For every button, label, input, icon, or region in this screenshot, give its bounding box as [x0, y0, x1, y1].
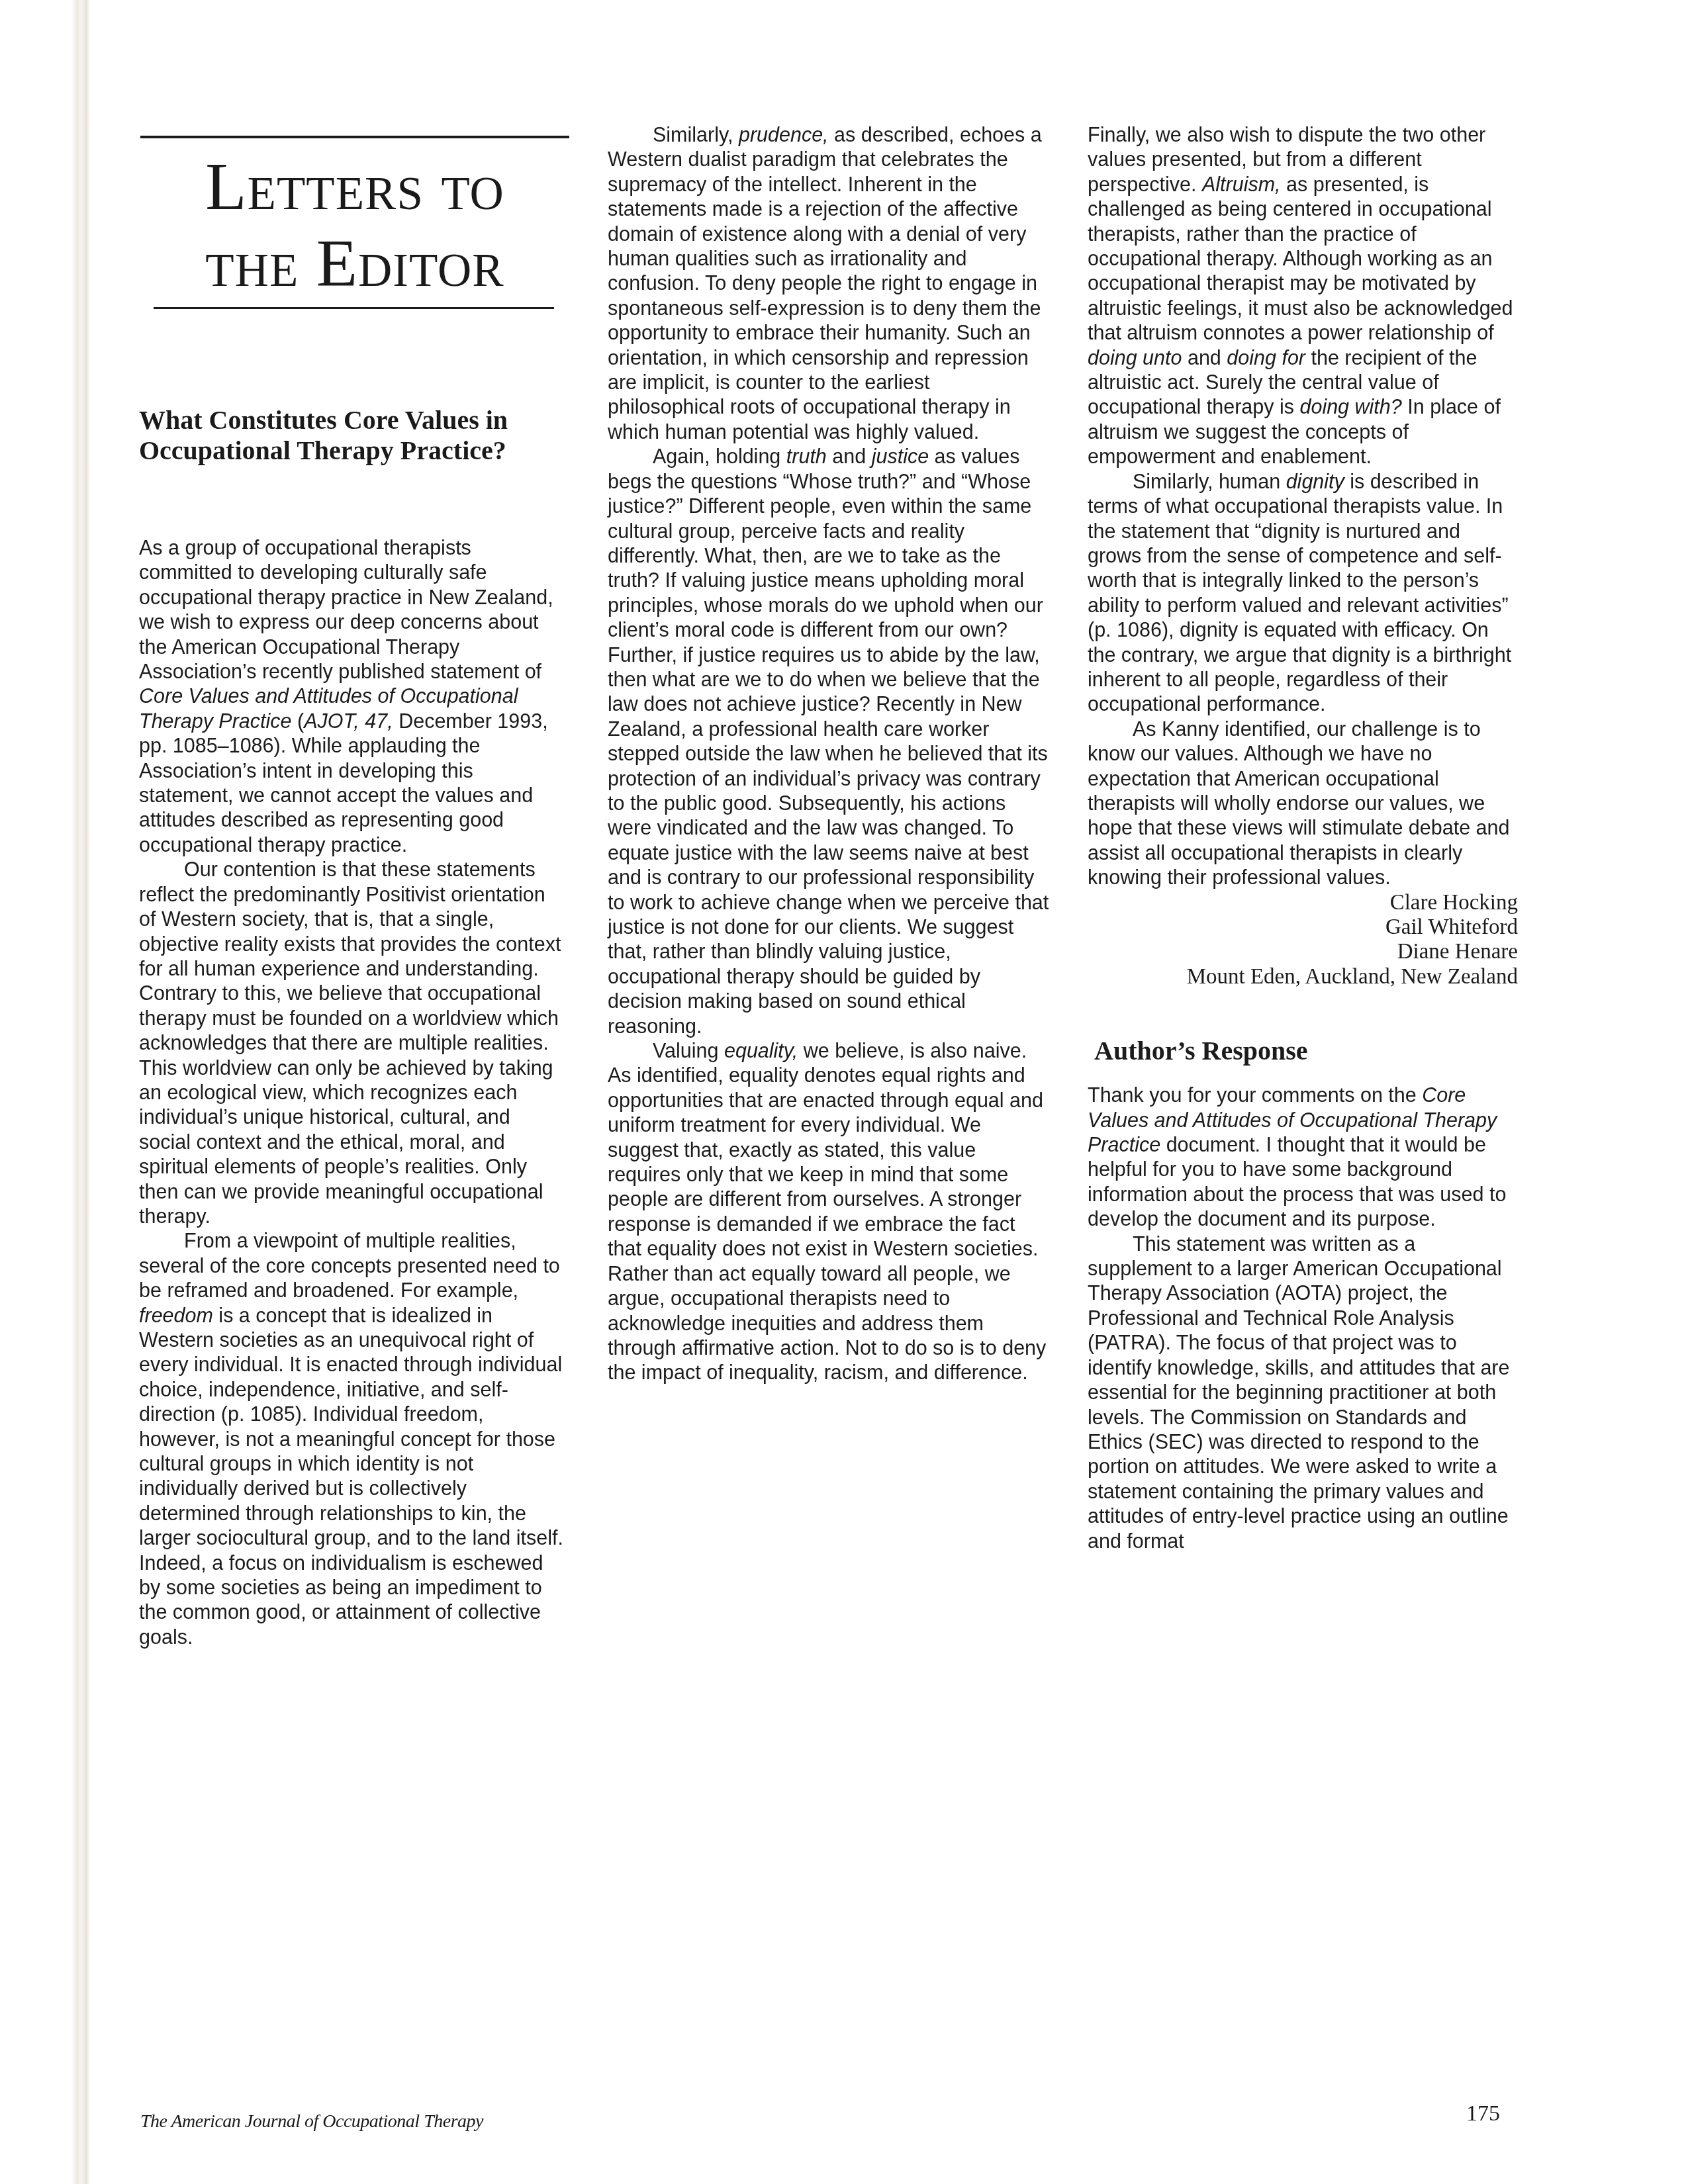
signature-name: Gail Whiteford [1088, 915, 1518, 940]
masthead-line-1: Letters to [140, 149, 569, 226]
masthead-rule-bottom [154, 307, 554, 309]
signature-block: Clare Hocking Gail Whiteford Diane Henar… [1088, 891, 1518, 990]
text-column-3: Finally, we also wish to dispute the two… [1088, 123, 1518, 1554]
footer-journal-name: The American Journal of Occupational The… [140, 2111, 483, 2132]
section-masthead: Letters to the Editor [140, 149, 569, 302]
page-number: 175 [1466, 2101, 1500, 2126]
signature-name: Diane Henare [1088, 940, 1518, 964]
masthead-line-2: the Editor [140, 226, 569, 302]
response-title: Author’s Response [1094, 1036, 1518, 1066]
masthead-rule-top [140, 136, 569, 138]
paragraph: Similarly, prudence, as described, echoe… [608, 123, 1051, 445]
signature-name: Clare Hocking [1088, 891, 1518, 915]
paragraph: Our contention is that these statements … [139, 858, 566, 1229]
paragraph: Again, holding truth and justice as valu… [608, 445, 1051, 1039]
paragraph: Valuing equality, we believe, is also na… [608, 1039, 1051, 1386]
signature-location: Mount Eden, Auckland, New Zealand [1088, 965, 1518, 989]
text-column-1: As a group of occupational therapists co… [139, 536, 566, 1650]
paragraph: As a group of occupational therapists co… [139, 536, 566, 858]
paragraph: This statement was written as a suppleme… [1088, 1232, 1518, 1554]
paragraph: Finally, we also wish to dispute the two… [1088, 123, 1518, 470]
page-binding-shadow [71, 0, 90, 2184]
article-title: What Constitutes Core Values in Occupati… [139, 405, 569, 466]
paragraph: Similarly, human dignity is described in… [1088, 470, 1518, 717]
paragraph: From a viewpoint of multiple realities, … [139, 1229, 566, 1650]
text-column-2: Similarly, prudence, as described, echoe… [608, 123, 1051, 1386]
paragraph: As Kanny identified, our challenge is to… [1088, 717, 1518, 891]
paragraph: Thank you for your comments on the Core … [1088, 1083, 1518, 1232]
